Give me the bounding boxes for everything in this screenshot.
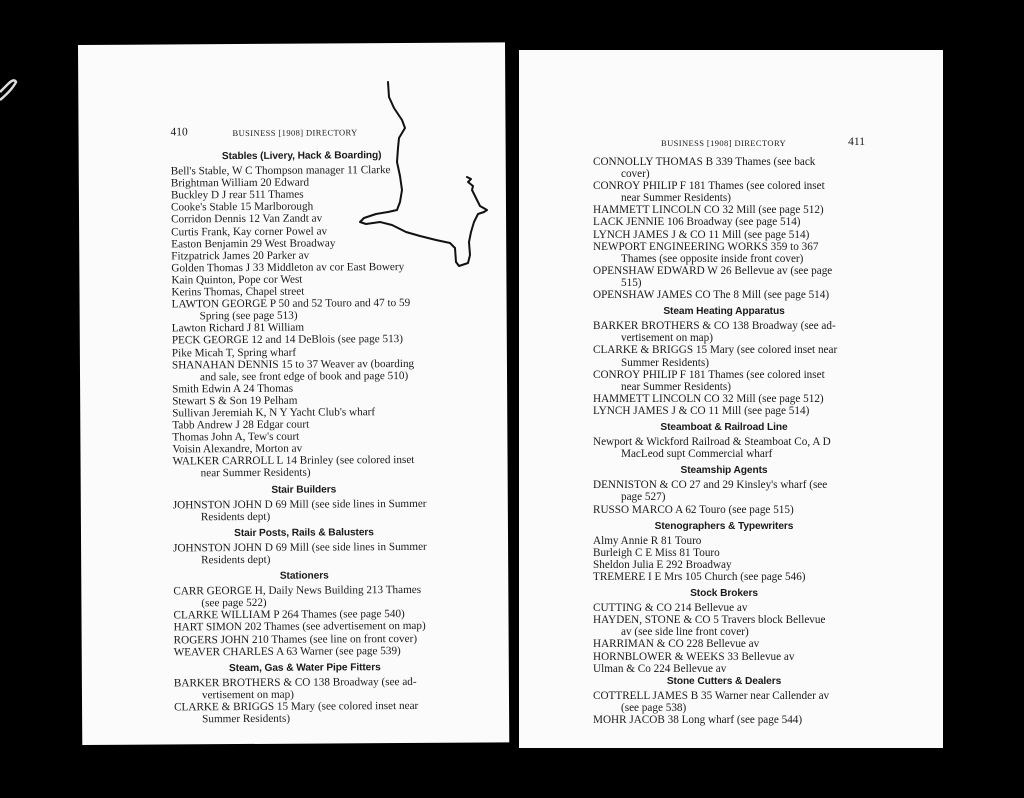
entry-line: RUSSO MARCO A 62 Touro (see page 515) [593, 504, 794, 516]
directory-entry: LACK JENNIE 106 Broadway (see page 514) [593, 216, 855, 228]
directory-sections: Stables (Livery, Hack & Boarding)Bell's … [171, 150, 437, 726]
entry-line: Thomas John A, Tew's court [172, 431, 299, 444]
page-number: 411 [848, 136, 865, 148]
entry-continuation: near Summer Residents) [593, 192, 855, 204]
entry-line: HAMMETT LINCOLN CO 32 Mill (see page 512… [593, 393, 824, 405]
directory-entry: COTTRELL JAMES B 35 Warner near Callende… [593, 690, 855, 714]
running-head: 410 BUSINESS [1908] DIRECTORY [170, 125, 432, 147]
directory-entry: CONNOLLY THOMAS B 339 Thames (see backco… [593, 156, 855, 180]
entry-line: Fitzpatrick James 20 Parker av [171, 249, 309, 262]
directory-entry: HAYDEN, STONE & CO 5 Travers block Belle… [593, 614, 855, 638]
directory-entry: Sheldon Julia E 292 Broadway [593, 559, 855, 571]
page-number: 410 [170, 126, 187, 138]
entry-line: SHANAHAN DENNIS 15 to 37 Weaver av (boar… [172, 358, 414, 371]
directory-entry: BARKER BROTHERS & CO 138 Broadway (see a… [174, 676, 436, 702]
directory-section: Stock BrokersCUTTING & CO 214 Bellevue a… [593, 588, 855, 675]
directory-entry: SHANAHAN DENNIS 15 to 37 Weaver av (boar… [172, 357, 434, 383]
directory-entry: HARRIMAN & CO 228 Bellevue av [593, 638, 855, 650]
directory-section: Stair Posts, Rails & BalustersJOHNSTON J… [173, 527, 435, 567]
directory-entry: Golden Thomas J 33 Middleton av cor East… [171, 261, 433, 275]
entry-line: HAYDEN, STONE & CO 5 Travers block Belle… [593, 614, 825, 626]
entry-line: Ulman & Co 224 Bellevue av [593, 663, 726, 675]
entry-line: TREMERE I E Mrs 105 Church (see page 546… [593, 571, 806, 583]
directory-section: CONNOLLY THOMAS B 339 Thames (see backco… [593, 156, 855, 301]
left-page-content: 410 BUSINESS [1908] DIRECTORY Stables (L… [170, 125, 436, 726]
entry-continuation: 515) [593, 277, 855, 289]
entry-line: CARR GEORGE H, Daily News Building 213 T… [173, 584, 421, 598]
running-head-title: BUSINESS [1908] DIRECTORY [661, 137, 786, 149]
entry-line: CONNOLLY THOMAS B 339 Thames (see back [593, 156, 815, 168]
directory-entry: CONROY PHILIP F 181 Thames (see colored … [593, 369, 855, 393]
directory-entry: CARR GEORGE H, Daily News Building 213 T… [173, 584, 435, 610]
directory-entry: CLARKE & BRIGGS 15 Mary (see colored ins… [174, 700, 436, 726]
entry-continuation: near Summer Residents) [593, 381, 855, 393]
entry-line: HAMMETT LINCOLN CO 32 Mill (see page 512… [593, 204, 824, 216]
entry-line: JOHNSTON JOHN D 69 Mill (see side lines … [173, 498, 427, 512]
directory-entry: BARKER BROTHERS & CO 138 Broadway (see a… [593, 320, 855, 344]
entry-line: Easton Benjamin 29 West Broadway [171, 237, 335, 250]
entry-continuation: vertisement on map) [593, 332, 855, 344]
entry-line: LACK JENNIE 106 Broadway (see page 514) [593, 216, 801, 228]
directory-entry: JOHNSTON JOHN D 69 Mill (see side lines … [173, 497, 435, 523]
directory-entry: HORNBLOWER & WEEKS 33 Bellevue av [593, 651, 855, 663]
entry-line: Sullivan Jeremiah K, N Y Yacht Club's wh… [172, 406, 375, 419]
running-head: BUSINESS [1908] DIRECTORY 411 [593, 136, 855, 156]
entry-line: DENNISTON & CO 27 and 29 Kinsley's wharf… [593, 479, 827, 491]
entry-line: Smith Edwin A 24 Thomas [172, 382, 293, 395]
entry-line: Stewart S & Son 19 Pelham [172, 395, 297, 408]
entry-continuation: Thames (see opposite inside front cover) [593, 253, 855, 265]
section-heading: Stenographers & Typewriters [593, 521, 855, 533]
directory-entry: Burleigh C E Miss 81 Touro [593, 547, 855, 559]
entry-line: Voisin Alexandre, Morton av [172, 443, 302, 456]
entry-line: HORNBLOWER & WEEKS 33 Bellevue av [593, 651, 794, 663]
directory-entry: HAMMETT LINCOLN CO 32 Mill (see page 512… [593, 204, 855, 216]
directory-section: Steamship AgentsDENNISTON & CO 27 and 29… [593, 465, 855, 515]
directory-entry: LYNCH JAMES J & CO 11 Mill (see page 514… [593, 405, 855, 417]
right-page-content: BUSINESS [1908] DIRECTORY 411 CONNOLLY T… [593, 136, 855, 726]
entry-continuation: cover) [593, 168, 855, 180]
entry-line: WEAVER CHARLES A 63 Warner (see page 539… [174, 645, 401, 658]
entry-line: OPENSHAW JAMES CO The 8 Mill (see page 5… [593, 289, 829, 301]
entry-line: Golden Thomas J 33 Middleton av cor East… [171, 261, 404, 274]
directory-entry: NEWPORT ENGINEERING WORKS 359 to 367Tham… [593, 241, 855, 265]
directory-section: Stables (Livery, Hack & Boarding)Bell's … [171, 150, 435, 480]
entry-line: CONROY PHILIP F 181 Thames (see colored … [593, 180, 825, 192]
section-heading: Stair Builders [173, 483, 435, 497]
section-heading: Steam Heating Apparatus [593, 306, 855, 318]
directory-sections: CONNOLLY THOMAS B 339 Thames (see backco… [593, 156, 855, 726]
entry-line: JOHNSTON JOHN D 69 Mill (see side lines … [173, 541, 427, 555]
entry-continuation: near Summer Residents) [173, 466, 435, 480]
section-heading: Steam, Gas & Water Pipe Fitters [174, 662, 436, 676]
directory-section: Stone Cutters & DealersCOTTRELL JAMES B … [593, 676, 855, 726]
directory-entry: Almy Annie R 81 Touro [593, 535, 855, 547]
entry-line: HARRIMAN & CO 228 Bellevue av [593, 638, 759, 650]
entry-line: MOHR JACOB 38 Long wharf (see page 544) [593, 714, 802, 726]
directory-entry: Ulman & Co 224 Bellevue av [593, 663, 855, 675]
directory-section: StationersCARR GEORGE H, Daily News Buil… [173, 570, 436, 658]
entry-line: WALKER CARROLL L 14 Brinley (see colored… [173, 454, 415, 467]
entry-line: BARKER BROTHERS & CO 138 Broadway (see a… [174, 676, 417, 689]
entry-line: CLARKE & BRIGGS 15 Mary (see colored ins… [174, 700, 418, 713]
entry-continuation: av (see side line front cover) [593, 626, 855, 638]
entry-continuation: Residents dept) [173, 510, 435, 524]
entry-line: BARKER BROTHERS & CO 138 Broadway (see a… [593, 320, 836, 332]
directory-entry: DENNISTON & CO 27 and 29 Kinsley's wharf… [593, 479, 855, 503]
entry-line: Pike Micah T, Spring wharf [172, 346, 296, 359]
section-heading: Steamboat & Railroad Line [593, 422, 855, 434]
entry-continuation: and sale, see front edge of book and pag… [172, 370, 434, 384]
entry-line: CUTTING & CO 214 Bellevue av [593, 602, 747, 614]
directory-section: Steam Heating ApparatusBARKER BROTHERS &… [593, 306, 855, 417]
right-page: BUSINESS [1908] DIRECTORY 411 CONNOLLY T… [519, 50, 943, 748]
entry-line: CLARKE & BRIGGS 15 Mary (see colored ins… [593, 344, 837, 356]
left-page: 410 BUSINESS [1908] DIRECTORY Stables (L… [78, 42, 509, 745]
directory-entry: CLARKE & BRIGGS 15 Mary (see colored ins… [593, 344, 855, 368]
directory-entry: LYNCH JAMES J & CO 11 Mill (see page 514… [593, 229, 855, 241]
entry-continuation: Summer Residents) [593, 357, 855, 369]
entry-line: Brightman William 20 Edward [171, 177, 309, 190]
directory-entry: CONROY PHILIP F 181 Thames (see colored … [593, 180, 855, 204]
directory-entry: TREMERE I E Mrs 105 Church (see page 546… [593, 571, 855, 583]
running-head-title: BUSINESS [1908] DIRECTORY [233, 126, 358, 139]
section-heading: Stationers [173, 570, 435, 584]
entry-line: Burleigh C E Miss 81 Touro [593, 547, 720, 559]
directory-section: Steamboat & Railroad LineNewport & Wickf… [593, 422, 855, 460]
entry-line: Bell's Stable, W C Thompson manager 11 C… [171, 164, 391, 177]
section-heading: Stone Cutters & Dealers [593, 676, 855, 688]
section-heading: Stair Posts, Rails & Balusters [173, 527, 435, 541]
directory-entry: Newport & Wickford Railroad & Steamboat … [593, 436, 855, 460]
directory-entry: OPENSHAW JAMES CO The 8 Mill (see page 5… [593, 289, 855, 301]
entry-line: Almy Annie R 81 Touro [593, 535, 701, 547]
directory-section: Stair BuildersJOHNSTON JOHN D 69 Mill (s… [173, 483, 435, 523]
entry-continuation: MacLeod supt Commercial wharf [593, 448, 855, 460]
entry-line: CONROY PHILIP F 181 Thames (see colored … [593, 369, 825, 381]
section-heading: Stock Brokers [593, 588, 855, 600]
paper-clip-mark [0, 0, 30, 120]
entry-line: LYNCH JAMES J & CO 11 Mill (see page 514… [593, 229, 809, 241]
entry-line: Sheldon Julia E 292 Broadway [593, 559, 732, 571]
section-heading: Stables (Livery, Hack & Boarding) [171, 150, 433, 164]
directory-section: Steam, Gas & Water Pipe FittersBARKER BR… [174, 662, 436, 726]
entry-line: Tabb Andrew J 28 Edgar court [172, 419, 309, 432]
directory-entry: RUSSO MARCO A 62 Touro (see page 515) [593, 504, 855, 516]
directory-entry: HAMMETT LINCOLN CO 32 Mill (see page 512… [593, 393, 855, 405]
directory-entry: WEAVER CHARLES A 63 Warner (see page 539… [174, 644, 436, 658]
entry-line: Kain Quinton, Pope cor West [171, 274, 302, 287]
directory-entry: CUTTING & CO 214 Bellevue av [593, 602, 855, 614]
entry-line: PECK GEORGE 12 and 14 DeBlois (see page … [172, 333, 403, 346]
entry-line: Lawton Richard J 81 William [172, 322, 304, 335]
entry-line: Newport & Wickford Railroad & Steamboat … [593, 436, 831, 448]
entry-line: LAWTON GEORGE P 50 and 52 Touro and 47 t… [172, 297, 411, 310]
entry-continuation: (see page 538) [593, 702, 855, 714]
section-heading: Steamship Agents [593, 465, 855, 477]
entry-line: OPENSHAW EDWARD W 26 Bellevue av (see pa… [593, 265, 832, 277]
directory-entry: JOHNSTON JOHN D 69 Mill (see side lines … [173, 541, 435, 567]
entry-line: Buckley D J rear 511 Thames [171, 189, 304, 202]
entry-line: NEWPORT ENGINEERING WORKS 359 to 367 [593, 241, 818, 253]
entry-line: LYNCH JAMES J & CO 11 Mill (see page 514… [593, 405, 809, 417]
directory-entry: MOHR JACOB 38 Long wharf (see page 544) [593, 714, 855, 726]
entry-continuation: Summer Residents) [174, 712, 436, 726]
directory-entry: PECK GEORGE 12 and 14 DeBlois (see page … [172, 333, 434, 347]
entry-line: Corridon Dennis 12 Van Zandt av [171, 213, 322, 226]
entry-line: Curtis Frank, Kay corner Powel av [171, 225, 327, 238]
entry-continuation: Residents dept) [173, 553, 435, 567]
directory-entry: WALKER CARROLL L 14 Brinley (see colored… [173, 454, 435, 480]
entry-continuation: page 527) [593, 491, 855, 503]
entry-line: Cooke's Stable 15 Marlborough [171, 201, 313, 214]
entry-line: Kerins Thomas, Chapel street [171, 286, 304, 299]
entry-line: COTTRELL JAMES B 35 Warner near Callende… [593, 690, 829, 702]
directory-entry: LAWTON GEORGE P 50 and 52 Touro and 47 t… [172, 297, 434, 323]
directory-entry: OPENSHAW EDWARD W 26 Bellevue av (see pa… [593, 265, 855, 289]
directory-section: Stenographers & TypewritersAlmy Annie R … [593, 521, 855, 583]
